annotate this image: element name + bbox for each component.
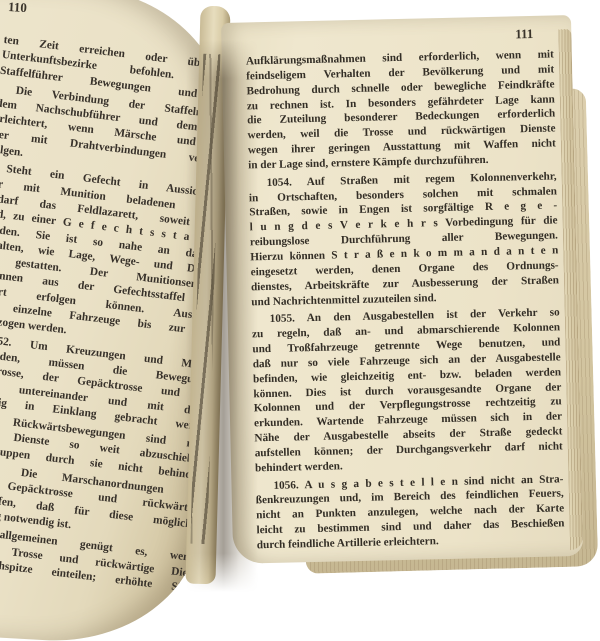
paragraph: Aufklärungsmaßnahmen sind erforderlich, … bbox=[246, 47, 557, 173]
paragraph: 1055. An den Ausgabestellen ist der Verk… bbox=[252, 306, 564, 476]
right-page-text: Aufklärungsmaßnahmen sind erforderlich, … bbox=[246, 47, 565, 556]
book-photo: 110 ten Zeit erreichen oder überschreite… bbox=[0, 0, 600, 641]
paragraph: 1054. Auf Straßen mit regem Kolonnenverk… bbox=[248, 169, 559, 310]
right-page: 111 Aufklärungsmaßnahmen sind erforderli… bbox=[221, 15, 583, 564]
right-page-number: 111 bbox=[515, 26, 533, 42]
left-page-number: 110 bbox=[8, 0, 28, 16]
paragraph: 1056. A u s g a b e s t e l l e n sind n… bbox=[255, 472, 565, 553]
